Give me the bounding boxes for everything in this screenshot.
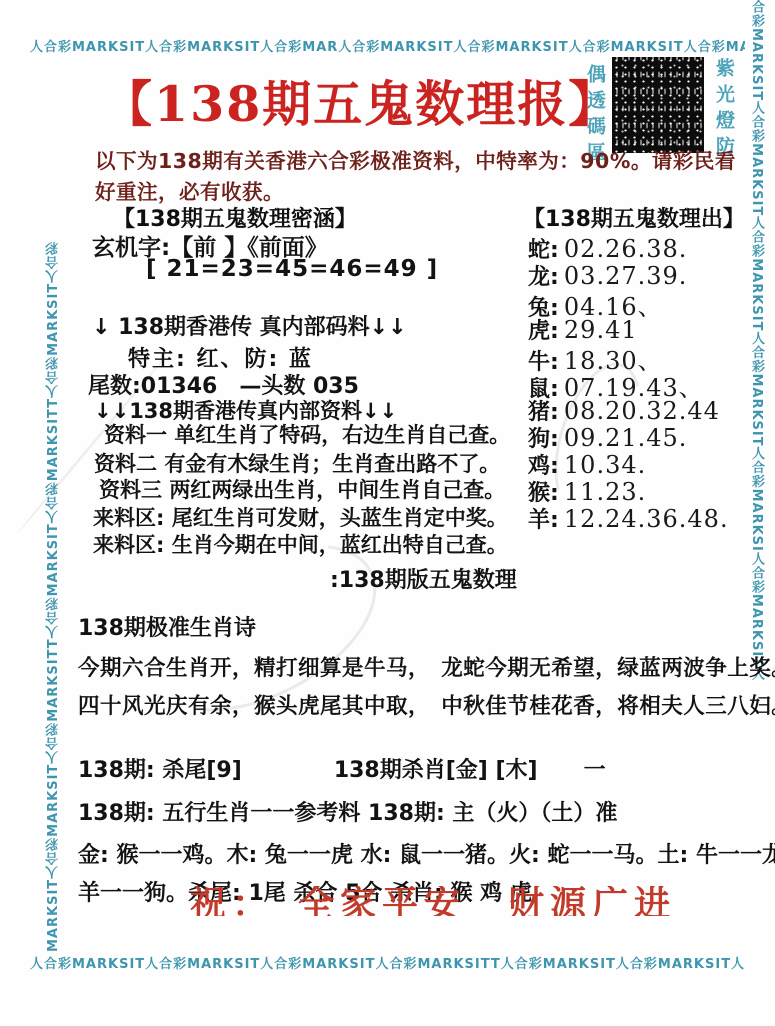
tip-sheet-page: 人合彩MARKSIT人合彩MARKSIT人合彩MAR人合彩MARKSIT人合彩M… xyxy=(0,0,775,1026)
entry-label: 来料区: xyxy=(93,533,164,557)
zodiac-numbers: 02.26.38. xyxy=(564,235,688,263)
poem-line-1: 今期六合生肖开，精打细算是牛马， 龙蛇今期无希望，绿蓝两波争上奖。 xyxy=(78,651,775,682)
entry-text: 有金有木绿生肖；生肖查出路不了。 xyxy=(164,452,500,476)
lucky-numbers-line: [ 21=23=45=46=49 ] xyxy=(146,256,438,282)
kill-dash: 一 xyxy=(584,753,606,784)
entry-label: 来料区: xyxy=(93,506,164,530)
poem-title: 138期极准生肖诗 xyxy=(78,611,256,642)
data-entry-5: 来料区: 生肖今期在中间，蓝红出特自己查。 xyxy=(93,529,508,559)
entry-text: 尾红生肖可发财，头蓝生肖定中奖。 xyxy=(172,506,508,530)
kill-tail-left: 138期: 杀尾[9] xyxy=(78,753,242,784)
zodiac-numbers: 29.41 xyxy=(564,316,638,344)
five-elements-line: 138期: 五行生肖一一参考料 138期: 主（火）（土）准 xyxy=(78,796,617,827)
mid-section-title: :138期版五鬼数理 xyxy=(330,563,517,594)
border-bottom-watermark: 人合彩MARKSIT人合彩MARKSIT人合彩MARKSIT人合彩MARKSIT… xyxy=(30,953,745,971)
entry-text: 生肖今期在中间，蓝红出特自己查。 xyxy=(172,533,508,557)
kill-tail-line: 138期: 杀尾[9] 138期杀肖[金] [木] 一 xyxy=(78,753,606,784)
entry-label: 资料二 xyxy=(94,452,157,476)
border-left-watermark: MARKSIT人合彩MARKSIT人合彩MARKSITT人合彩MARKSIT人合… xyxy=(44,52,62,952)
data-entry-3: 资料三 两红两绿出生肖，中间生肖自己查。 xyxy=(99,474,505,504)
spacer xyxy=(538,753,584,784)
zodiac-numbers: 08.20.32.44 xyxy=(564,397,720,425)
zodiac-numbers: 10.34. xyxy=(564,451,646,479)
kill-zodiac-right: 138期杀肖[金] [木] xyxy=(334,753,538,784)
hk-inside-code-line: ↓ 138期香港传 真内部码料↓↓ xyxy=(92,310,407,341)
spacer xyxy=(242,753,334,784)
intro-paragraph: 以下为138期有关香港六合彩极准资料，中特率为：90%。请彩民看好重注，必有收获… xyxy=(95,146,743,208)
zodiac-numbers: 11.23. xyxy=(564,478,646,506)
zodiac-row: 羊: 12.24.36.48. xyxy=(528,503,729,534)
security-scratch-box xyxy=(612,57,704,153)
right-section-title: 【138期五鬼数理出】 xyxy=(523,202,745,233)
entry-label: 资料三 xyxy=(99,478,162,502)
zodiac-numbers: 03.27.39. xyxy=(564,262,688,290)
blessing-text: 祝： 全家平安 财源广进 xyxy=(190,886,676,916)
entry-text: 单红生肖了特码，右边生肖自己查。 xyxy=(174,423,510,447)
data-entry-1: 资料一 单红生肖了特码，右边生肖自己查。 xyxy=(104,419,510,449)
poem-line-2: 四十风光庆有余，猴头虎尾其中取， 中秋佳节桂花香，将相夫人三八妇。 xyxy=(78,689,775,720)
entry-label: 资料一 xyxy=(104,423,167,447)
zodiac-numbers: 09.21.45. xyxy=(564,424,688,452)
zodiac-name: 羊: xyxy=(528,508,559,533)
entry-text: 两红两绿出生肖，中间生肖自己查。 xyxy=(169,478,505,502)
border-top-watermark: 人合彩MARKSIT人合彩MARKSIT人合彩MAR人合彩MARKSIT人合彩M… xyxy=(30,36,745,54)
zodiac-numbers: 12.24.36.48. xyxy=(564,505,729,533)
border-right-watermark: 合彩MARKSIT人合彩MARKSIT人合彩MARKSIT人合彩MARKSIT人… xyxy=(748,0,766,955)
element-zodiac-mapping-1: 金: 猴一一鸡。木: 兔一一虎 水: 鼠一一猪。火: 蛇一一马。土: 牛一一龙一… xyxy=(78,838,775,869)
data-entry-4: 来料区: 尾红生肖可发财，头蓝生肖定中奖。 xyxy=(93,502,508,532)
page-title: 【138期五鬼数理报】 xyxy=(103,66,573,136)
